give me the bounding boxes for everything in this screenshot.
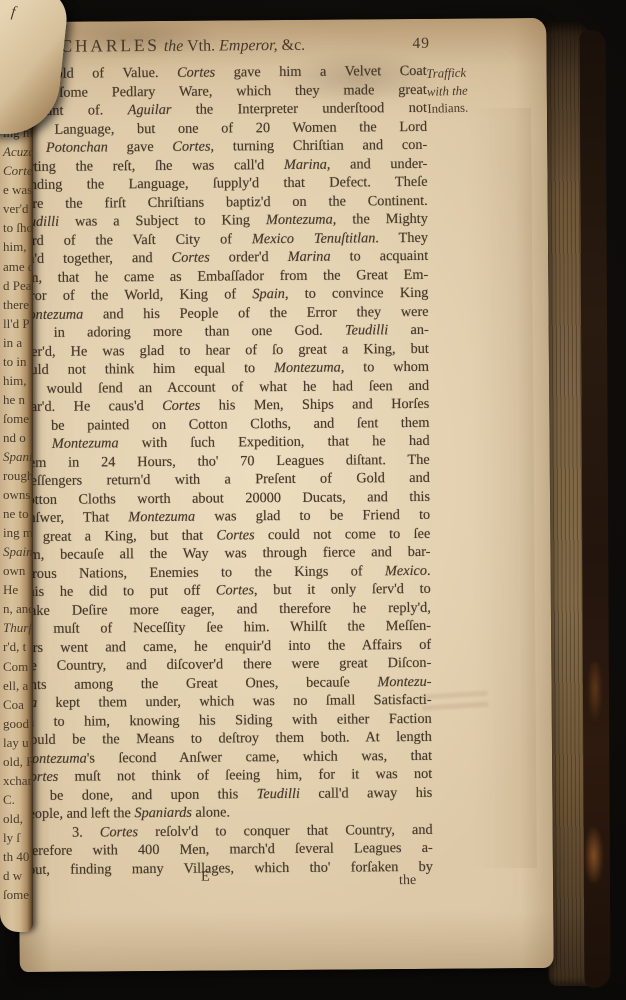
left-page-fragment: he n — [3, 390, 33, 409]
margin-note-line: Indians. — [427, 98, 519, 118]
page-number: 49 — [412, 35, 430, 53]
left-page-fragment: there — [3, 295, 33, 314]
left-page-fragment: him, — [3, 371, 33, 390]
left-page-fragment: ſome — [3, 409, 33, 428]
book-cover-board — [579, 30, 610, 988]
left-page-fragment: ame d — [3, 257, 33, 276]
left-page-fragment: Spania — [3, 447, 33, 466]
left-page-fragment: Com — [3, 657, 33, 676]
left-page-fragment: th 40 — [3, 847, 33, 866]
left-page-fragment: Coa — [3, 695, 33, 714]
left-page-fragment: old, — [3, 809, 33, 828]
left-page-fragment: r'd, t — [3, 637, 33, 656]
left-page-fragment: Spain ſ — [3, 542, 33, 561]
left-page-fragment: him, — [3, 237, 33, 256]
header-title-caps: CHARLES — [60, 35, 159, 56]
left-page-fragment: Thurſ — [3, 618, 33, 637]
corner-letter: f — [10, 4, 16, 21]
body-text: of Gold of Value. Cortes gave him a Velv… — [15, 62, 433, 879]
paper-shading-right — [467, 108, 537, 868]
left-page-fragment: C. — [3, 790, 33, 809]
left-page-fragment: ing m — [3, 523, 33, 542]
left-page-fragment: in a — [3, 333, 33, 352]
body-line: Cortes muſt not think of ſeeing him, for… — [20, 765, 432, 787]
left-page-fragment: rought — [3, 466, 33, 485]
left-page-fragment: ll'd P — [3, 314, 33, 333]
left-page-fragment: ſome — [3, 885, 33, 904]
signature-mark: E — [201, 869, 210, 886]
catchword: the — [399, 873, 416, 889]
left-page-fragment: e was m — [3, 180, 33, 199]
body-line: to be done, and upon this Teudilli call'… — [20, 783, 432, 805]
header-title-rest: the Vth. Emperor, &c. — [160, 37, 305, 55]
left-page-fragment: to in — [3, 352, 33, 371]
left-page-fragment: good — [3, 714, 33, 733]
margin-note: Traffickwith theIndians. — [426, 63, 519, 118]
book-page: CHARLES the Vth. Emperor, &c. 49 Traffic… — [12, 18, 553, 972]
left-page-fragment: ell, a — [3, 676, 33, 695]
page-header: CHARLES the Vth. Emperor, &c. 49 — [60, 32, 530, 57]
left-page-fragment: d w — [3, 866, 33, 885]
left-page-fragment: old, F — [3, 752, 33, 771]
left-page-fragment: Cortes t — [3, 161, 33, 180]
body-line: bout, finding many Villages, which tho' … — [21, 857, 433, 879]
left-page-fragment: n, and — [3, 599, 33, 618]
ink-show-through-smudge — [421, 681, 489, 715]
left-page-fragment: to ſho — [3, 218, 33, 237]
left-page-strip: oſe Naeen caſdians crat uſeing himAcuzam… — [0, 34, 33, 932]
body-line: din'd together, and Cortes order'd Marin… — [16, 247, 428, 269]
left-page-fragment: xchan — [3, 771, 33, 790]
left-page-fragment: ver'd a — [3, 199, 33, 218]
left-page-fragment: owns i — [3, 485, 33, 504]
left-page-fragment: Acuzam — [3, 142, 33, 161]
left-page-fragment: own — [3, 561, 33, 580]
book-photo-background: CHARLES the Vth. Emperor, &c. 49 Traffic… — [0, 0, 626, 1000]
left-page-fragment: ly ſ — [3, 828, 33, 847]
body-line: peror of the World, King of Spain, to co… — [16, 284, 428, 306]
left-page-fragment: ne to — [3, 504, 33, 523]
left-page-fragment: nd o — [3, 428, 33, 447]
left-page-fragment: d Pea — [3, 276, 33, 295]
left-page-fragment: He — [3, 580, 33, 599]
left-page-fragment: lay u — [3, 733, 33, 752]
